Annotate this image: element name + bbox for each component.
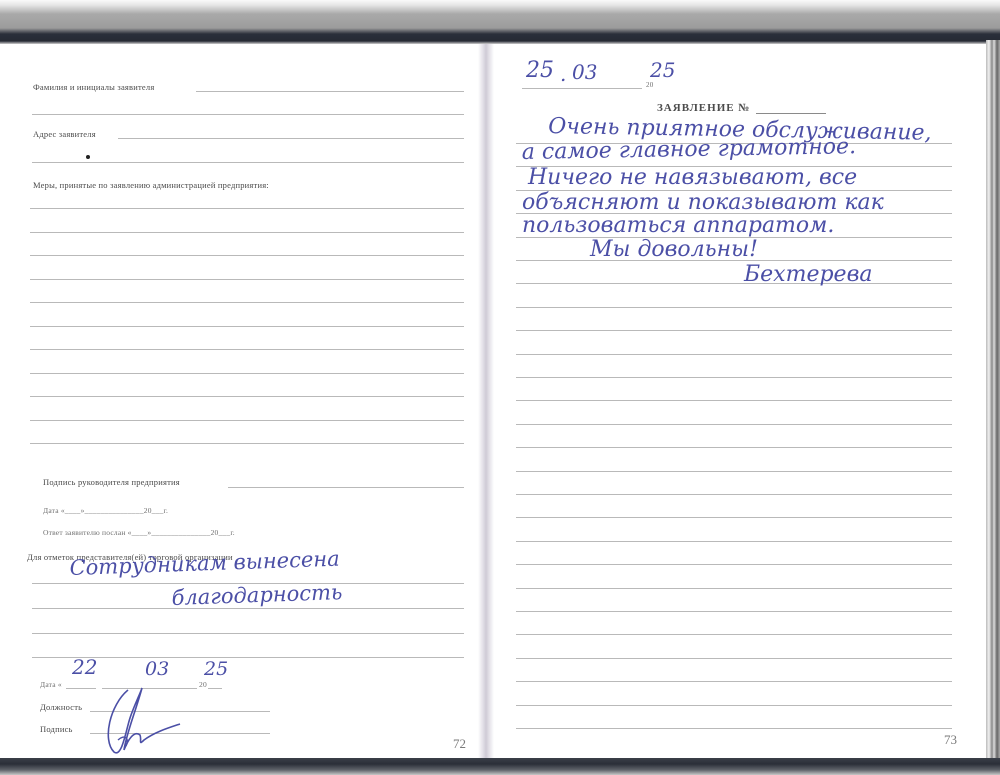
- ruled-line: [516, 494, 952, 495]
- ruled-line: [516, 424, 952, 425]
- ruled-line: [516, 634, 952, 635]
- ruled-line: [516, 447, 952, 448]
- handwritten-date-year: 25: [204, 658, 228, 680]
- date-label: Дата «: [40, 680, 62, 689]
- ruled-line: [30, 326, 464, 327]
- applicant-address-line: [118, 138, 464, 139]
- ruled-line: [516, 541, 952, 542]
- ruled-line: [516, 588, 952, 589]
- complaint-line-4: объясняют и показывают как: [522, 190, 884, 215]
- page-number-right: 73: [944, 732, 957, 748]
- ruled-line: [30, 208, 464, 209]
- ruled-line: [516, 728, 952, 729]
- book-bottom-edge: [0, 758, 1000, 775]
- ruled-line: [30, 255, 464, 256]
- ruled-line: [30, 232, 464, 233]
- handwritten-date-month-right: 03: [572, 60, 597, 84]
- decision-date-label: Дата «____»_______________20___г.: [43, 506, 168, 515]
- ruled-line: [516, 400, 952, 401]
- ruled-line: [516, 681, 952, 682]
- page-number-left: 72: [453, 736, 466, 752]
- applicant-name-label: Фамилия и инициалы заявителя: [33, 82, 154, 92]
- ruled-line: [516, 307, 952, 308]
- complaint-line-6: Мы довольны!: [590, 237, 758, 262]
- reply-sent-label: Ответ заявителю послан «____»___________…: [43, 528, 235, 537]
- ruled-line: [516, 330, 952, 331]
- ruled-line: [30, 420, 464, 421]
- ruled-line: [30, 373, 464, 374]
- ruled-line: [30, 279, 464, 280]
- book-spine: [478, 44, 494, 758]
- ruled-line: [516, 564, 952, 565]
- ruled-line: [516, 377, 952, 378]
- rep-notes-line-2: [32, 608, 464, 609]
- year-prefix-right: 20: [646, 81, 653, 89]
- ruled-line: [516, 283, 952, 284]
- ruled-line: [516, 471, 952, 472]
- applicant-address-line-2: [32, 162, 464, 163]
- date-year-prefix: 20: [199, 680, 207, 689]
- ruled-line: [30, 396, 464, 397]
- statement-title: ЗАЯВЛЕНИЕ №: [657, 102, 750, 114]
- position-label: Должность: [40, 702, 82, 712]
- applicant-name-line: [196, 91, 464, 92]
- date-year-line: [208, 688, 222, 689]
- manager-signature-label: Подпись руководителя предприятия: [43, 477, 180, 487]
- book-page-edges: [986, 40, 1000, 760]
- handwritten-date-year-right: 25: [650, 58, 675, 82]
- ruled-line: [30, 349, 464, 350]
- complaint-line-2: а самое главное грамотное.: [522, 134, 857, 165]
- ruled-line: [516, 705, 952, 706]
- date-line-right: [522, 88, 642, 89]
- date-day-line: [66, 688, 96, 689]
- ruled-line: [516, 658, 952, 659]
- rep-notes-line-3: [32, 633, 464, 634]
- left-page: [0, 44, 480, 758]
- ruled-line: [30, 302, 464, 303]
- complaint-line-3: Ничего не навязывают, все: [528, 165, 857, 190]
- ink-dot: [86, 155, 90, 159]
- handwritten-date-day-right: 25: [526, 58, 554, 83]
- ruled-line: [516, 354, 952, 355]
- manager-signature-line: [228, 487, 464, 488]
- complaint-line-5: пользоваться аппаратом.: [522, 213, 834, 238]
- applicant-address-label: Адрес заявителя: [33, 129, 96, 139]
- applicant-name-line-2: [32, 114, 464, 115]
- ruled-line: [30, 443, 464, 444]
- statement-number-line: [756, 113, 826, 114]
- handwritten-date-day: 22: [72, 655, 97, 679]
- book-top-edge: [0, 0, 1000, 44]
- handwritten-signature: [100, 680, 190, 760]
- handwritten-date-month: 03: [145, 658, 169, 680]
- complaint-signature-name: Бехтерева: [744, 262, 873, 287]
- signature-label: Подпись: [40, 724, 73, 734]
- ruled-line: [516, 611, 952, 612]
- measures-taken-label: Меры, принятые по заявлению администраци…: [33, 180, 269, 190]
- ruled-line: [516, 517, 952, 518]
